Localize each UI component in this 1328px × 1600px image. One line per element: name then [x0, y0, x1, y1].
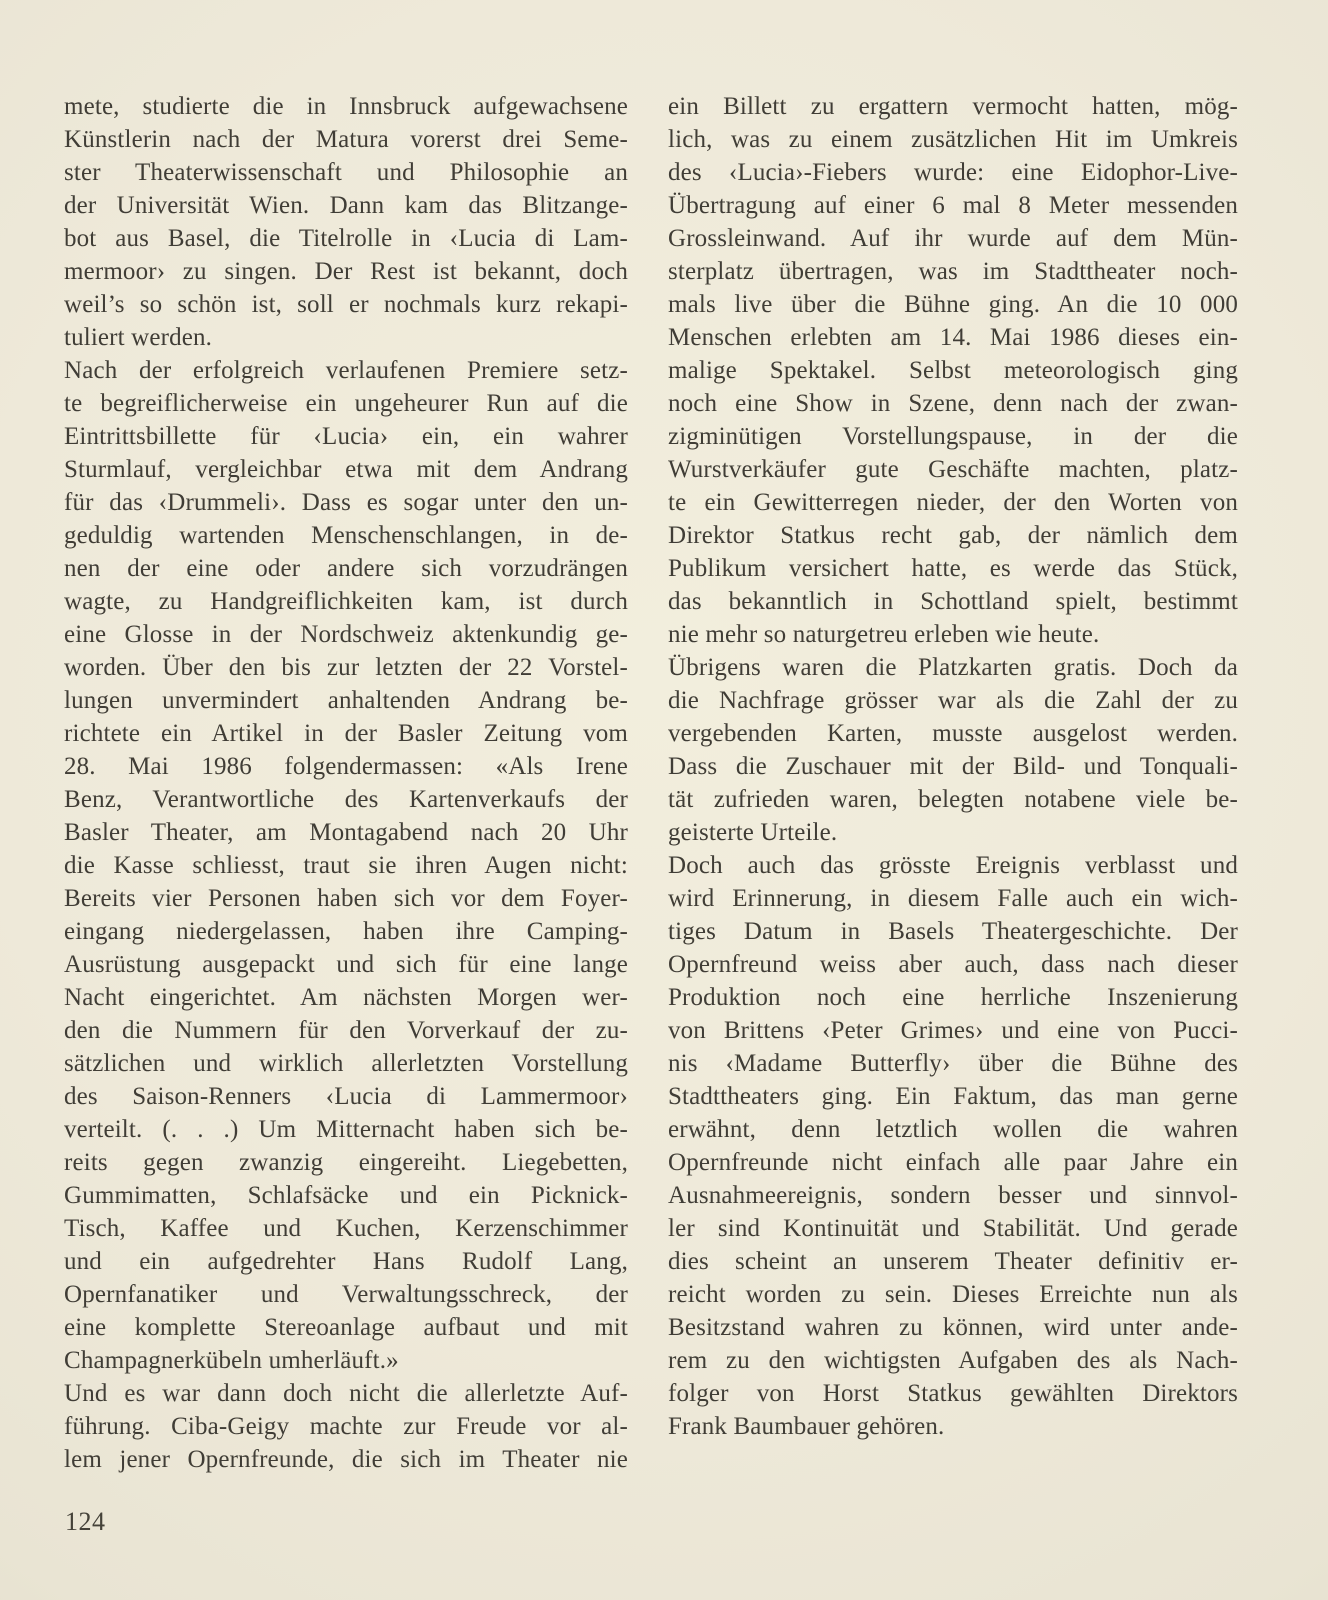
text-line: Übrigens waren die Platzkarten gratis. D… [668, 651, 1238, 684]
text-line: Basler Theater, am Montagabend nach 20 U… [64, 816, 628, 849]
text-line: reits gegen zwanzig eingereiht. Liegebet… [64, 1146, 628, 1179]
page-number: 124 [65, 1507, 106, 1537]
text-line: ster Theaterwissenschaft und Philosophie… [64, 156, 628, 189]
text-line: des Saison-Renners ‹Lucia di Lammermoor› [64, 1080, 628, 1113]
text-line: der Universität Wien. Dann kam das Blitz… [64, 189, 628, 222]
text-line: tät zufrieden waren, belegten notabene v… [668, 783, 1238, 816]
text-line: geduldig wartenden Menschenschlangen, in… [64, 519, 628, 552]
text-line: lem jener Opernfreunde, die sich im Thea… [64, 1443, 628, 1476]
text-line: mals live über die Bühne ging. An die 10… [668, 288, 1238, 321]
text-line: Champagnerkübeln umherläuft.» [64, 1344, 628, 1377]
text-line: Stadttheaters ging. Ein Faktum, das man … [668, 1080, 1238, 1113]
text-line: malige Spektakel. Selbst meteorologisch … [668, 354, 1238, 387]
text-line: Opernfreunde nicht einfach alle paar Jah… [668, 1146, 1238, 1179]
text-line: verteilt. (. . .) Um Mitternacht haben s… [64, 1113, 628, 1146]
text-line: ein Billett zu ergattern vermocht hatten… [668, 90, 1238, 123]
text-line: Produktion noch eine herrliche Inszenier… [668, 981, 1238, 1014]
text-line: führung. Ciba-Geigy machte zur Freude vo… [64, 1410, 628, 1443]
text-line: reicht worden zu sein. Dieses Erreichte … [668, 1278, 1238, 1311]
text-line: eingang niedergelassen, haben ihre Campi… [64, 915, 628, 948]
text-line: dies scheint an unserem Theater definiti… [668, 1245, 1238, 1278]
paragraph: Doch auch das grösste Ereignis verblasst… [668, 849, 1238, 1443]
text-line: Gummimatten, Schlafsäcke und ein Picknic… [64, 1179, 628, 1212]
text-line: erwähnt, denn letztlich wollen die wahre… [668, 1113, 1238, 1146]
text-line: mete, studierte die in Innsbruck aufgewa… [64, 90, 628, 123]
text-line: zigminütigen Vorstellungspause, in der d… [668, 420, 1238, 453]
text-line: 28. Mai 1986 folgendermassen: «Als Irene [64, 750, 628, 783]
text-line: Opernfanatiker und Verwaltungsschreck, d… [64, 1278, 628, 1311]
text-line: nis ‹Madame Butterfly› über die Bühne de… [668, 1047, 1238, 1080]
paragraph: Und es war dann doch nicht die allerletz… [64, 1377, 628, 1476]
text-line: Doch auch das grösste Ereignis verblasst… [668, 849, 1238, 882]
text-line: eine komplette Stereoanlage aufbaut und … [64, 1311, 628, 1344]
text-line: lungen unvermindert anhaltenden Andrang … [64, 684, 628, 717]
text-line: worden. Über den bis zur letzten der 22 … [64, 651, 628, 684]
text-line: Nach der erfolgreich verlaufenen Premier… [64, 354, 628, 387]
text-line: Besitzstand wahren zu können, wird unter… [668, 1311, 1238, 1344]
text-line: Benz, Verantwortliche des Kartenverkaufs… [64, 783, 628, 816]
text-line: Direktor Statkus recht gab, der nämlich … [668, 519, 1238, 552]
text-line: geisterte Urteile. [668, 816, 1238, 849]
text-line: lich, was zu einem zusätzlichen Hit im U… [668, 123, 1238, 156]
text-line: mermoor› zu singen. Der Rest ist bekannt… [64, 255, 628, 288]
text-line: nie mehr so naturgetreu erleben wie heut… [668, 618, 1238, 651]
text-column-right: ein Billett zu ergattern vermocht hatten… [668, 90, 1238, 1443]
text-line: folger von Horst Statkus gewählten Direk… [668, 1377, 1238, 1410]
text-line: von Brittens ‹Peter Grimes› und eine von… [668, 1014, 1238, 1047]
text-line: eine Glosse in der Nordschweiz aktenkund… [64, 618, 628, 651]
text-line: Künstlerin nach der Matura vorerst drei … [64, 123, 628, 156]
text-line: ler sind Kontinuität und Stabilität. Und… [668, 1212, 1238, 1245]
text-line: sterplatz übertragen, was im Stadttheate… [668, 255, 1238, 288]
text-line: den die Nummern für den Vorverkauf der z… [64, 1014, 628, 1047]
text-line: Und es war dann doch nicht die allerletz… [64, 1377, 628, 1410]
paragraph: ein Billett zu ergattern vermocht hatten… [668, 90, 1238, 651]
text-line: weil’s so schön ist, soll er nochmals ku… [64, 288, 628, 321]
text-line: Bereits vier Personen haben sich vor dem… [64, 882, 628, 915]
text-line: Publikum versichert hatte, es werde das … [668, 552, 1238, 585]
text-line: Nacht eingerichtet. Am nächsten Morgen w… [64, 981, 628, 1014]
text-line: bot aus Basel, die Titelrolle in ‹Lucia … [64, 222, 628, 255]
text-line: Ausrüstung ausgepackt und sich für eine … [64, 948, 628, 981]
text-line: Dass die Zuschauer mit der Bild- und Ton… [668, 750, 1238, 783]
text-line: tuliert werden. [64, 321, 628, 354]
text-line: noch eine Show in Szene, denn nach der z… [668, 387, 1238, 420]
text-line: Eintrittsbillette für ‹Lucia› ein, ein w… [64, 420, 628, 453]
text-line: te begreiflicherweise ein ungeheurer Run… [64, 387, 628, 420]
text-line: Ausnahmeereignis, sondern besser und sin… [668, 1179, 1238, 1212]
text-line: rem zu den wichtigsten Aufgaben des als … [668, 1344, 1238, 1377]
text-line: und ein aufgedrehter Hans Rudolf Lang, [64, 1245, 628, 1278]
text-column-left: mete, studierte die in Innsbruck aufgewa… [64, 90, 628, 1476]
text-line: tiges Datum in Basels Theatergeschichte.… [668, 915, 1238, 948]
text-line: Grossleinwand. Auf ihr wurde auf dem Mün… [668, 222, 1238, 255]
paragraph: Übrigens waren die Platzkarten gratis. D… [668, 651, 1238, 849]
text-line: das bekanntlich in Schottland spielt, be… [668, 585, 1238, 618]
paragraph: Nach der erfolgreich verlaufenen Premier… [64, 354, 628, 1377]
text-line: für das ‹Drummeli›. Dass es sogar unter … [64, 486, 628, 519]
book-page: mete, studierte die in Innsbruck aufgewa… [0, 0, 1328, 1600]
text-line: wird Erinnerung, in diesem Falle auch ei… [668, 882, 1238, 915]
text-line: Frank Baumbauer gehören. [668, 1410, 1238, 1443]
paragraph: mete, studierte die in Innsbruck aufgewa… [64, 90, 628, 354]
text-line: wagte, zu Handgreiflichkeiten kam, ist d… [64, 585, 628, 618]
text-line: Sturmlauf, vergleichbar etwa mit dem And… [64, 453, 628, 486]
text-line: te ein Gewitterregen nieder, der den Wor… [668, 486, 1238, 519]
text-line: des ‹Lucia›-Fiebers wurde: eine Eidophor… [668, 156, 1238, 189]
text-line: nen der eine oder andere sich vorzudräng… [64, 552, 628, 585]
text-line: Opernfreund weiss aber auch, dass nach d… [668, 948, 1238, 981]
text-line: Tisch, Kaffee und Kuchen, Kerzenschimmer [64, 1212, 628, 1245]
text-line: richtete ein Artikel in der Basler Zeitu… [64, 717, 628, 750]
text-line: vergebenden Karten, musste ausgelost wer… [668, 717, 1238, 750]
text-line: Übertragung auf einer 6 mal 8 Meter mess… [668, 189, 1238, 222]
text-line: sätzlichen und wirklich allerletzten Vor… [64, 1047, 628, 1080]
text-line: Wurstverkäufer gute Geschäfte machten, p… [668, 453, 1238, 486]
text-line: die Nachfrage grösser war als die Zahl d… [668, 684, 1238, 717]
text-line: Menschen erlebten am 14. Mai 1986 dieses… [668, 321, 1238, 354]
text-line: die Kasse schliesst, traut sie ihren Aug… [64, 849, 628, 882]
